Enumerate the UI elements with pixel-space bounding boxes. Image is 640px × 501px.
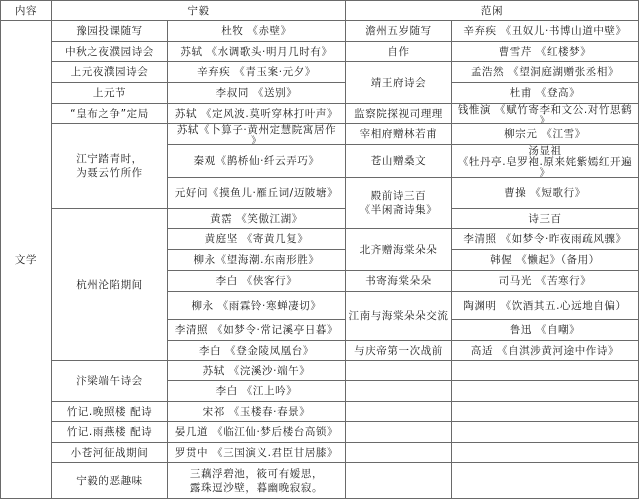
- left-event: 豫园投课随写: [51, 20, 168, 42]
- right-work: 高适 《自淇涉黄河途中作诗》: [451, 340, 639, 361]
- left-event: 小苍河征战期间: [51, 442, 168, 463]
- left-work: 元好问《摸鱼儿·雁丘词/迈陂塘》: [167, 177, 346, 209]
- right-work: 韩偓 《懒起》（备用）: [451, 249, 639, 271]
- right-event-empty: [345, 380, 452, 402]
- right-event: 靖王府诗会: [345, 61, 452, 104]
- right-work: 孟浩然 《望洞庭湖赠张丞相》: [451, 61, 639, 83]
- right-event: 澹州五岁随写: [345, 20, 452, 42]
- right-event-empty: [345, 401, 452, 422]
- right-work-empty: [451, 401, 639, 422]
- right-event: 宰相府赠林若甫: [345, 123, 452, 145]
- right-work: 曹雪芹 《红楼梦》: [451, 41, 639, 62]
- left-work: 柳永《望海潮.东南形胜》: [167, 249, 346, 271]
- right-work: 钱惟演 《赋竹寄李和文公.对竹思鹤 》: [451, 103, 639, 124]
- right-event: 自作: [345, 41, 452, 62]
- left-event: 杭州沦陷期间: [51, 208, 168, 361]
- comparison-table: 内容 宁毅 范闲 文学 豫园投课随写 中秋之夜濮园诗会 上元夜濮园诗会 上元节 …: [0, 0, 640, 501]
- left-work: 苏轼 《水调歌头·明月几时有》: [167, 41, 346, 62]
- left-work: 罗贯中 《三国演义.君臣甘居膝》: [167, 442, 346, 463]
- right-work: 柳宗元 《江雪》: [451, 123, 639, 145]
- right-event: 殿前诗三百 《半闲斋诗集》: [345, 177, 452, 229]
- header-content: 内容: [0, 0, 52, 21]
- left-event: 宁毅的恶趣味: [51, 462, 168, 499]
- left-work: 李白 《登金陵凤凰台》: [167, 340, 346, 361]
- right-work: 杜甫 《登高》: [451, 82, 639, 104]
- right-work: 辛弃疾 《丑奴儿·书博山道中壁》: [451, 20, 639, 42]
- left-event: “皇布之争”定局: [51, 103, 168, 124]
- right-event: 江南与海棠朵朵交流: [345, 291, 452, 341]
- right-event-empty: [345, 462, 452, 499]
- left-event: 汴梁端午诗会: [51, 360, 168, 402]
- left-work: 柳永 《雨霖铃·寒蝉凄切》: [167, 291, 346, 320]
- header-left-character: 宁毅: [51, 0, 346, 21]
- left-work: 李叔同 《送别》: [167, 82, 346, 104]
- right-work-empty: [451, 360, 639, 381]
- left-work: 晏几道 《临江仙·梦后楼台高锁》: [167, 421, 346, 443]
- right-event-empty: [345, 421, 452, 443]
- left-work: 黄庭坚 《寄黄几复》: [167, 228, 346, 250]
- right-work: 司马光 《苦寒行》: [451, 270, 639, 292]
- right-event: 北齐赠海棠朵朵: [345, 228, 452, 271]
- left-work: 苏轼 《浣溪沙·端午》: [167, 360, 346, 381]
- right-event-empty: [345, 442, 452, 463]
- left-work: 黄霑 《笑傲江湖》: [167, 208, 346, 229]
- right-event: 与庆帝第一次战前: [345, 340, 452, 361]
- left-work: 苏轼 《定风波.莫听穿林打叶声》: [167, 103, 346, 124]
- left-event: 竹记.晚照楼 配诗: [51, 401, 168, 422]
- category-cell: 文学: [0, 20, 52, 499]
- left-work: 苏轼《卜算子·黄州定慧院寓居作 》: [167, 123, 346, 145]
- right-work-empty: [451, 462, 639, 499]
- left-work: 李白 《江上吟》: [167, 380, 346, 402]
- left-event: 上元夜濮园诗会: [51, 61, 168, 83]
- right-work: 陶渊明 《饮酒其五.心远地自偏）: [451, 291, 639, 320]
- left-work: 李清照 《如梦令·常记溪亭日暮》: [167, 319, 346, 341]
- right-work: 鲁迅 《自嘲》: [451, 319, 639, 341]
- right-work: 李清照 《如梦令·昨夜雨疏风骤》: [451, 228, 639, 250]
- header-right-character: 范闲: [345, 0, 639, 21]
- right-work: 曹操 《短歌行》: [451, 177, 639, 209]
- right-work: 诗三百: [451, 208, 639, 229]
- right-event: 监察院探视司理理: [345, 103, 452, 124]
- right-event: 苍山赠桑文: [345, 144, 452, 178]
- right-work-empty: [451, 442, 639, 463]
- left-work: 秦观《鹊桥仙·纤云弄巧》: [167, 144, 346, 178]
- left-work: 三藕浮碧池，筱可有嫒思， 露珠逗沙壁，暮幽晚寂寂。: [167, 462, 346, 499]
- left-event: 上元节: [51, 82, 168, 104]
- left-work: 宋祁 《玉楼春·春景》: [167, 401, 346, 422]
- left-event: 中秋之夜濮园诗会: [51, 41, 168, 62]
- right-work-empty: [451, 421, 639, 443]
- left-work: 李白 《侠客行》: [167, 270, 346, 292]
- right-event: 书寄海棠朵朵: [345, 270, 452, 292]
- left-work: 辛弃疾 《青玉案·元夕》: [167, 61, 346, 83]
- right-event-empty: [345, 360, 452, 381]
- left-work: 杜牧 《赤壁》: [167, 20, 346, 42]
- left-event: 竹记.雨燕楼 配诗: [51, 421, 168, 443]
- right-work: 汤显祖 《牡丹亭.皂罗袍.原来姹紫嫣红开遍 》: [451, 144, 639, 178]
- left-event: 江宁踏青时， 为聂云竹所作: [51, 123, 168, 209]
- right-work-empty: [451, 380, 639, 402]
